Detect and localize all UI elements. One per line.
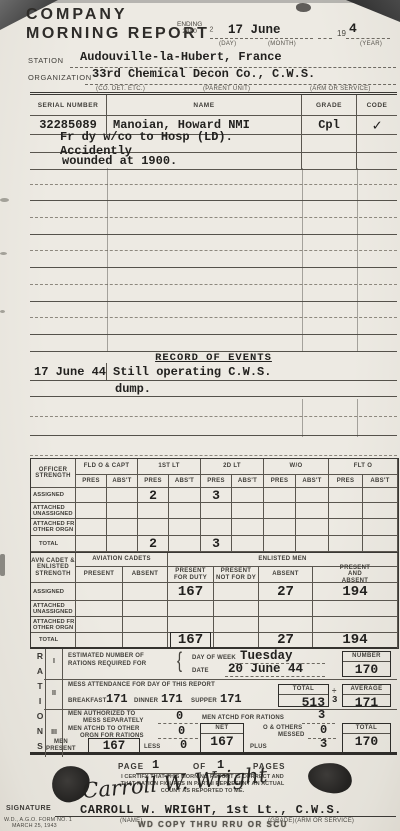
cell [123, 617, 168, 633]
total-present-for-duty: 167 [168, 633, 214, 648]
mess-sep-value: 0 [176, 709, 183, 723]
breakfast-value: 171 [106, 692, 128, 706]
average-label: AVERAGE [343, 685, 390, 695]
col-serial-header: SERIAL NUMBER [30, 95, 107, 116]
row-attached-unassigned: ATTACHED UNASSIGNED [31, 601, 76, 617]
enlisted-strength-label: AVN CADET & ENLISTED STRENGTH [31, 553, 76, 583]
number-value: 170 [343, 662, 390, 677]
row-total: TOTAL [31, 536, 76, 552]
dinner-value: 171 [161, 692, 183, 706]
enlisted-strength-section: AVN CADET & ENLISTED STRENGTH AVIATION C… [0, 552, 400, 647]
cell [76, 583, 123, 601]
ruled-line [30, 185, 397, 202]
supper-label: SUPPER [191, 698, 217, 704]
plus-value: 3 [320, 737, 327, 751]
cell [313, 617, 398, 633]
column-tick [357, 399, 358, 437]
assigned-present-for-duty: 167 [168, 583, 214, 601]
signature-typed: CARROLL W. WRIGHT, 1st Lt., C.W.S. [80, 803, 342, 817]
morning-report-form: COMPANY MORNING REPORT2 ENDING 2400 17 J… [0, 0, 400, 831]
mess-total-box: TOTAL 513 [278, 684, 329, 707]
subcol-pres: PRES [329, 475, 363, 488]
group-aviation-cadets: AVIATION CADETS [76, 553, 168, 567]
men-present-label-1: MEN [54, 739, 68, 745]
cell [76, 617, 123, 633]
handwritten-signature: Carroll W. Wright [81, 763, 268, 803]
station-label: STATION [28, 56, 64, 65]
roster-table: SERIAL NUMBER NAME GRADE CODE 32285089 M… [30, 92, 397, 170]
total-1lt-pres: 2 [138, 536, 169, 552]
rations-date-label: DATE [192, 668, 209, 674]
cell [363, 503, 398, 519]
ruled-line [30, 302, 397, 319]
assigned-1lt-pres: 2 [138, 488, 169, 503]
ending-2400-label: ENDING 2400 [177, 21, 202, 35]
form-title-line1: COMPANY [26, 6, 128, 24]
enlisted-strength-table: AVN CADET & ENLISTED STRENGTH AVIATION C… [30, 552, 399, 649]
col-code-header: CODE [357, 95, 397, 116]
year-label: (YEAR) [360, 41, 382, 47]
less-label: LESS [144, 744, 160, 750]
supper-value: 171 [220, 692, 242, 706]
cell [329, 519, 363, 536]
divider [45, 649, 46, 757]
cell [169, 488, 201, 503]
cell [296, 519, 329, 536]
cell [313, 601, 398, 617]
signature-label: SIGNATURE [6, 805, 51, 812]
brace: { [177, 648, 182, 674]
rule [158, 737, 198, 739]
cell [138, 503, 169, 519]
cell [201, 519, 232, 536]
cell [232, 488, 264, 503]
wd-copy-stamp: WD COPY THRU RRU OR SCU [138, 820, 288, 829]
cell [76, 536, 107, 552]
cell [259, 601, 313, 617]
cell [214, 633, 259, 648]
subcol-pres: PRES [264, 475, 296, 488]
rations-section: RATIONS I ESTIMATED NUMBER OF RATIONS RE… [0, 647, 400, 757]
others-messed-label-1: O & OTHERS [263, 725, 302, 731]
officer-strength-label: OFFICER STRENGTH [31, 459, 76, 488]
assigned-2lt-pres: 3 [201, 488, 232, 503]
organization-value: 33rd Chemical Decon Co., C.W.S. [92, 67, 315, 81]
number-label: NUMBER [343, 652, 390, 662]
rations-numeral-3: III [46, 729, 62, 736]
arm-or-service-label: (ARM OR SERVICE) [295, 818, 354, 824]
row-assigned: ASSIGNED [31, 583, 76, 601]
rations-total-value: 170 [343, 734, 390, 749]
officer-strength-table: OFFICER STRENGTH FLD O & CAPT 1ST LT 2D … [30, 458, 399, 553]
ruled-line [30, 335, 397, 352]
cell [363, 488, 398, 503]
divisor: 3 [332, 695, 337, 705]
cell [214, 617, 259, 633]
total-2lt-pres: 3 [201, 536, 232, 552]
events-box: RECORD OF EVENTS 17 June 44 Still operat… [30, 352, 397, 455]
group-1st-lt: 1ST LT [138, 459, 201, 475]
empty-cell [357, 135, 397, 153]
subcol-absent-em: ABSENT [259, 567, 313, 583]
cell [363, 536, 398, 552]
cell [264, 536, 296, 552]
blank-roster-lines [30, 168, 397, 352]
subcol-abst: ABS'T [363, 475, 398, 488]
form-header: COMPANY MORNING REPORT2 ENDING 2400 17 J… [0, 0, 400, 92]
rations-date-value: 20 June 44 [228, 662, 303, 676]
year-prefix: 19 [337, 29, 346, 38]
events-title: RECORD OF EVENTS [30, 352, 397, 363]
cell [169, 503, 201, 519]
year-typed: 4 [349, 21, 357, 36]
ruled-line [30, 201, 397, 218]
ruled-line [30, 268, 397, 285]
assigned-present-and-absent: 194 [313, 583, 398, 601]
cell [107, 488, 138, 503]
men-present-label-2: PRESENT [46, 746, 76, 752]
page-value: 1 [152, 758, 159, 772]
footer-section: PAGE 1 OF 1 PAGES I CERTIFY THAT THIS MO… [0, 757, 400, 831]
cell [76, 503, 107, 519]
cell [169, 519, 201, 536]
breakfast-label: BREAKFAST [68, 698, 106, 704]
record-of-events-section: RECORD OF EVENTS 17 June 44 Still operat… [0, 352, 400, 456]
cell [296, 503, 329, 519]
code-checkmark: ✓ [357, 116, 397, 135]
others-messed-value: 0 [320, 723, 327, 737]
roster-section: SERIAL NUMBER NAME GRADE CODE 32285089 M… [0, 92, 400, 352]
col-name-header: NAME [107, 95, 302, 116]
day-of-week-label: DAY OF WEEK [192, 655, 236, 661]
group-fldo-capt: FLD O & CAPT [76, 459, 138, 475]
rations-numeral-2: II [46, 690, 62, 697]
divider [44, 679, 397, 680]
ruled-line [30, 318, 397, 335]
cell [214, 583, 259, 601]
net-label: NET [201, 724, 243, 734]
assigned-absent: 27 [259, 583, 313, 601]
cell [329, 503, 363, 519]
rule [302, 722, 335, 724]
cell [76, 601, 123, 617]
group-wo: W/O [264, 459, 329, 475]
men-present-box: 167 [88, 738, 140, 755]
cell [76, 519, 107, 536]
page-label: PAGE [118, 762, 144, 771]
subcol-pres: PRES [76, 475, 107, 488]
cell [123, 633, 168, 648]
cell [329, 536, 363, 552]
cell [264, 503, 296, 519]
cell [107, 503, 138, 519]
officer-strength-section: OFFICER STRENGTH FLD O & CAPT 1ST LT 2D … [0, 456, 400, 552]
estimated-label-1: ESTIMATED NUMBER OF [68, 653, 144, 659]
report-date-value: 17 June [228, 23, 281, 37]
cell [264, 488, 296, 503]
total-absent: 27 [259, 633, 313, 648]
column-tick [107, 168, 108, 352]
subcol-pres: PRES [138, 475, 169, 488]
subcol-abst: ABS'T [296, 475, 329, 488]
group-2d-lt: 2D LT [201, 459, 264, 475]
cell [363, 519, 398, 536]
dinner-label: DINNER [134, 698, 158, 704]
soldier-grade: Cpl [302, 116, 357, 135]
subcol-abst: ABS'T [169, 475, 201, 488]
month-label: (MONTH) [268, 41, 296, 47]
subcol-present-not-for-dy: PRESENT NOT FOR DY [214, 567, 259, 583]
cell [76, 633, 123, 648]
rations-box: RATIONS I ESTIMATED NUMBER OF RATIONS RE… [30, 647, 397, 755]
rations-numeral-1: I [46, 658, 62, 665]
atchd-other-value: 0 [178, 724, 185, 738]
ruled-line [30, 417, 397, 437]
ruled-line [30, 436, 397, 456]
empty-cell [302, 135, 357, 153]
atchd-for-rations-label: MEN ATCHD FOR RATIONS [202, 715, 284, 721]
subcol-present-for-duty: PRESENT FOR DUTY [168, 567, 214, 583]
atchd-for-rations-value: 3 [318, 708, 325, 722]
mess-sep-label-2: MESS SEPARATELY [83, 718, 144, 724]
cell [123, 583, 168, 601]
subcol-pres: PRES [201, 475, 232, 488]
cell [76, 488, 107, 503]
cell [107, 536, 138, 552]
average-value: 171 [343, 695, 390, 710]
mess-total-label: TOTAL [279, 685, 328, 695]
events-text-2: dump. [30, 381, 397, 397]
row-total: TOTAL [31, 633, 76, 648]
events-text-1: Still operating C.W.S. [107, 365, 271, 379]
cell [329, 488, 363, 503]
organization-rule [85, 83, 396, 85]
row-attached-fr-other: ATTACHED FR OTHER ORGN [31, 519, 76, 536]
events-date: 17 June 44 [30, 363, 107, 380]
number-box: NUMBER 170 [342, 651, 391, 677]
rations-total-label: TOTAL [343, 724, 390, 734]
cell [123, 601, 168, 617]
ruled-line [30, 235, 397, 252]
subcol-present: PRESENT [76, 567, 123, 583]
mess-attendance-label: MESS ATTENDANCE FOR DAY OF THIS REPORT [68, 682, 215, 688]
cell [232, 503, 264, 519]
rule [225, 675, 325, 677]
ruled-line [30, 168, 397, 185]
rations-total-box: TOTAL 170 [342, 723, 391, 754]
net-value: 167 [201, 734, 243, 749]
ruled-line [30, 397, 397, 417]
men-present-value: 167 [89, 739, 139, 753]
form-number: W.D., A.G.O. FORM NO. 1 [4, 817, 72, 822]
column-tick [302, 168, 303, 352]
rations-side-label: RATIONS [31, 651, 45, 755]
cell [169, 536, 201, 552]
cell [168, 601, 214, 617]
column-tick [302, 399, 303, 437]
atchd-other-label-1: MEN ATCHD TO OTHER [68, 726, 140, 732]
net-box: NET 167 [200, 723, 244, 754]
row-attached-fr-other: ATTACHED FR OTHER ORGN [31, 617, 76, 633]
organization-label: ORGANIZATION [28, 73, 92, 82]
cell [232, 519, 264, 536]
cell [138, 519, 169, 536]
form-date: MARCH 25, 1943 [12, 823, 57, 828]
title-footnote: 2 [209, 27, 215, 34]
subcol-abst: ABS'T [232, 475, 264, 488]
mess-sep-label-1: MEN AUTHORIZED TO [68, 711, 135, 717]
cell [264, 519, 296, 536]
less-value: 0 [180, 738, 187, 752]
row-assigned: ASSIGNED [31, 488, 76, 503]
cell [296, 488, 329, 503]
others-messed-label-2: MESSED [278, 732, 305, 738]
cell [214, 601, 259, 617]
total-present-and-absent: 194 [313, 633, 398, 648]
events-row-1: 17 June 44 Still operating C.W.S. [30, 363, 397, 381]
cell [232, 536, 264, 552]
remark-line-1: Fr dy w/co to Hosp (LD). Accidently [30, 135, 302, 153]
date-rule [210, 37, 313, 39]
day-label: (DAY) [219, 41, 236, 47]
column-tick [357, 168, 358, 352]
ruled-line [30, 218, 397, 235]
station-value: Audouville-la-Hubert, France [80, 50, 282, 64]
cell [107, 519, 138, 536]
cell [201, 503, 232, 519]
subcol-present-and-absent: PRESENT AND ABSENT [313, 567, 398, 583]
cell [259, 617, 313, 633]
row-attached-unassigned: ATTACHED UNASSIGNED [31, 503, 76, 519]
ruled-line [30, 251, 397, 268]
group-flt-o: FLT O [329, 459, 398, 475]
year-rule [346, 37, 390, 39]
col-grade-header: GRADE [302, 95, 357, 116]
divide-sign: ÷ [332, 686, 337, 695]
estimated-label-2: RATIONS REQUIRED FOR [68, 661, 146, 667]
plus-label: PLUS [250, 744, 267, 750]
subcol-abst: ABS'T [107, 475, 138, 488]
average-box: AVERAGE 171 [342, 684, 391, 707]
date-rule [318, 37, 332, 39]
ruled-line [30, 285, 397, 302]
day-of-week-value: Tuesday [240, 649, 293, 663]
subcol-absent: ABSENT [123, 567, 168, 583]
cell [296, 536, 329, 552]
